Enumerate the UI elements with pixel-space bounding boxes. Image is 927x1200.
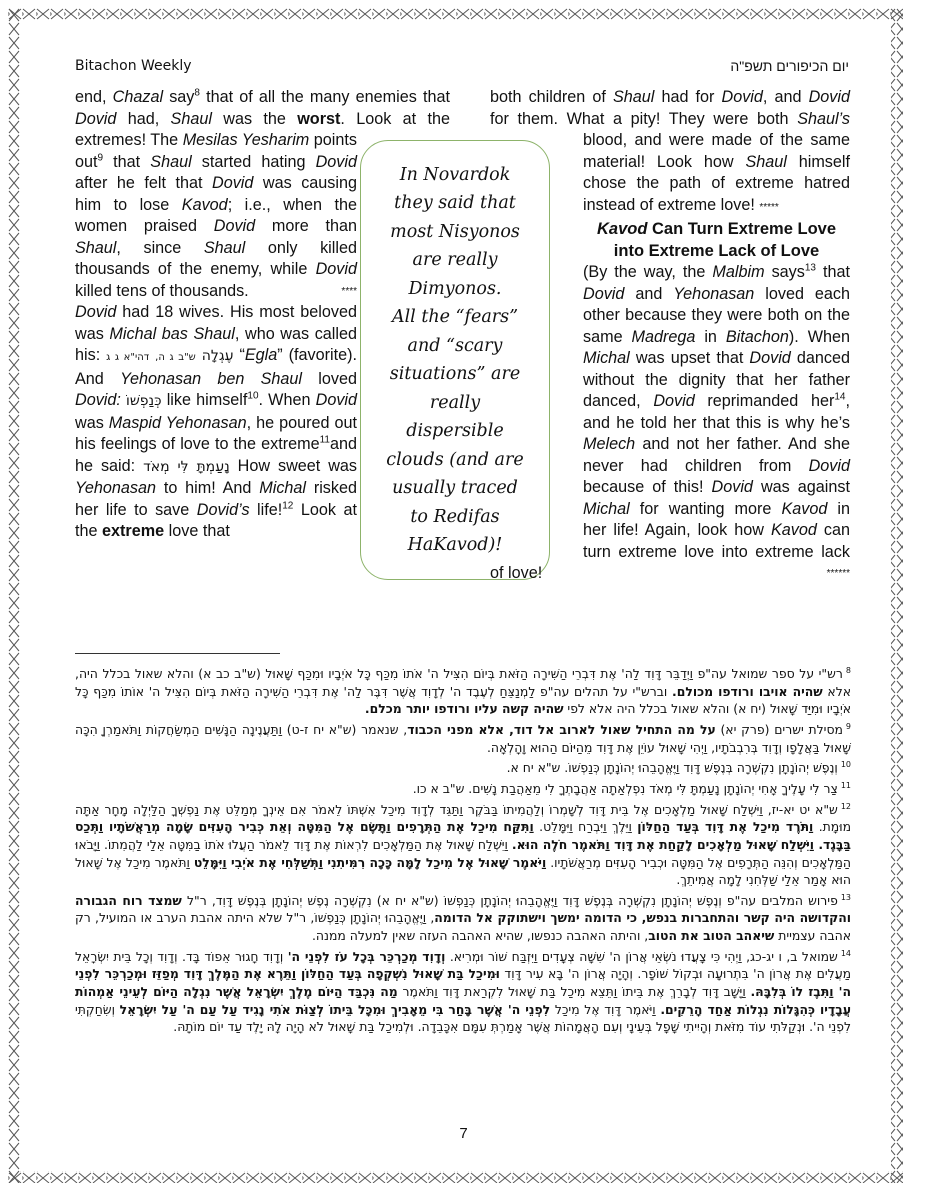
footnote-12: 12ש"א יט יא-יז, וַיִּשְׁלַח שָׁאוּל מַלְ… [75,798,851,889]
footnote-9: 9מסילת ישרים (פרק יא) על מה התחיל שאול ל… [75,718,851,756]
footnote-13: 13פירוש המלבים עה"פ וְנֶפֶשׁ יְהוֹנָתָן … [75,889,851,945]
publication-title: Bitachon Weekly [75,58,192,74]
footnote-ref-12[interactable]: 12 [282,500,293,511]
right-paragraph-1: both children of Shaul had for Dovid, an… [490,87,850,218]
footnote-8: 8רש"י על ספר שמואל עה"פ וַיְדַבֵּר דָּוִ… [75,662,851,718]
footnote-ref-13[interactable]: 13 [805,263,816,274]
footnote-ref-10[interactable]: 10 [247,391,258,402]
page-number: 7 [0,1125,927,1142]
section-divider-stars: ****** [827,563,850,585]
section-divider-stars: **** [341,281,357,303]
footnote-separator [75,653,280,654]
footnote-ref-11[interactable]: 11 [320,435,330,446]
section-divider-stars: ***** [759,202,778,213]
footnotes-section: 8רש"י על ספר שמואל עה"פ וַיְדַבֵּר דָּוִ… [75,662,851,1036]
footnote-10: 10וְנֶפֶשׁ יְהוֹנָתָן נִקְשְׁרָה בְּנֶפֶ… [75,756,851,777]
footnote-14: 14שמואל ב, ו יג-כג, וַיְהִי כִּי צָעֲדוּ… [75,945,851,1036]
right-column: both children of Shaul had for Dovid, an… [490,87,850,585]
footnote-ref-14[interactable]: 14 [834,392,845,403]
issue-date-hebrew: יום הכיפורים תשפ"ה [730,58,849,74]
footnote-11: 11צַר לִי עָלֶיךָ אָחִי יְהוֹנָתָן נָעַמ… [75,777,851,798]
